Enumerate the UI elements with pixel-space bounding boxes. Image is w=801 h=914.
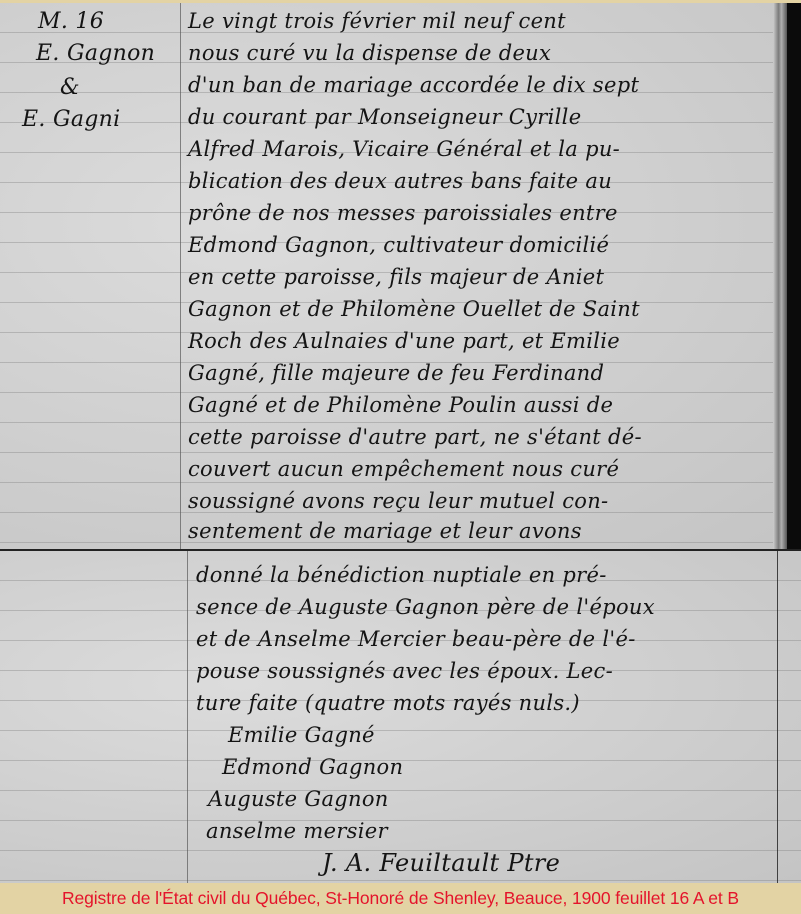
register-page-b: donné la bénédiction nuptiale en pré- se… [0,551,801,883]
text-line: soussigné avons reçu leur mutuel con- [188,489,608,513]
signature-bride: Emilie Gagné [228,723,375,747]
right-rule [777,551,778,883]
text-line: prône de nos messes paroissiales entre [188,201,618,225]
source-caption: Registre de l'État civil du Québec, St-H… [0,883,801,914]
text-line: Gagnon et de Philomène Ouellet de Saint [188,297,640,321]
text-line: blication des deux autres bans faite au [188,169,612,193]
register-page-a: M. 16 E. Gagnon & E. Gagni Le vingt troi… [0,3,801,549]
text-line: Alfred Marois, Vicaire Général et la pu- [188,137,620,161]
text-line: Gagné, fille majeure de feu Ferdinand [188,361,604,385]
entry-number: M. 16 [38,9,104,34]
margin-conjunction: & [60,75,80,100]
text-line: sence de Auguste Gagnon père de l'époux [196,595,655,619]
text-line: Gagné et de Philomène Poulin aussi de [188,393,613,417]
page-edge [773,3,787,549]
book-binding-shadow [787,3,801,549]
margin-bride-name: E. Gagni [22,107,120,132]
text-line: Roch des Aulnaies d'une part, et Emilie [188,329,620,353]
margin-rule [180,3,181,549]
text-line: cette paroisse d'autre part, ne s'étant … [188,425,642,449]
text-line: du courant par Monseigneur Cyrille [188,105,581,129]
text-line: couvert aucun empêchement nous curé [188,457,619,481]
text-line: donné la bénédiction nuptiale en pré- [196,563,607,587]
text-line: nous curé vu la dispense de deux [188,41,551,65]
text-line: d'un ban de mariage accordée le dix sept [188,73,639,97]
margin-rule [187,551,188,883]
text-line: pouse soussignés avec les époux. Lec- [196,659,613,683]
text-line: sentement de mariage et leur avons [188,519,582,543]
signature-witness-stepfather: anselme mersier [206,819,388,843]
signature-witness-father: Auguste Gagnon [208,787,389,811]
signature-priest: J. A. Feuiltault Ptre [322,849,560,877]
text-line: Le vingt trois février mil neuf cent [188,9,566,33]
signature-groom: Edmond Gagnon [222,755,403,779]
margin-groom-name: E. Gagnon [36,41,155,66]
text-line: ture faite (quatre mots rayés nuls.) [196,691,580,715]
text-line: en cette paroisse, fils majeur de Aniet [188,265,604,289]
text-line: et de Anselme Mercier beau-père de l'é- [196,627,636,651]
text-line: Edmond Gagnon, cultivateur domicilié [188,233,609,257]
